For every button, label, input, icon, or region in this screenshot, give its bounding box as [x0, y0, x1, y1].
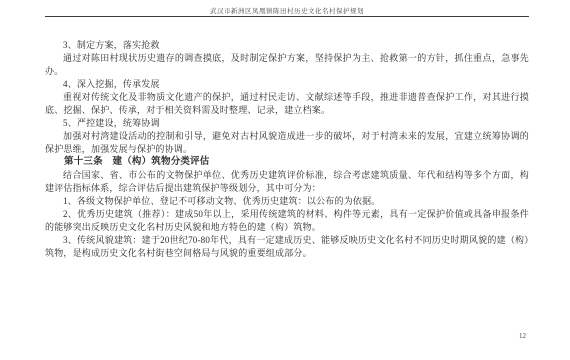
- paragraph-evaluation-system: 结合国家、省、市公布的文物保护单位、优秀历史建筑评价标准，综合考虑建筑质量、年代…: [45, 169, 529, 195]
- paragraph-construction-control: 加强对村湾建设活动的控制和引导，避免对古村风貌造成进一步的破坏，对于村湾未来的发…: [45, 130, 529, 156]
- numbered-subheading-4: 4、深入挖掘，传承发展: [45, 78, 529, 91]
- numbered-subheading-3: 3、制定方案，落实抢救: [45, 39, 529, 52]
- page-header: 武汉市新洲区凤凰镇陈田村历史文化名村保护规划: [45, 0, 529, 17]
- page-number: 12: [519, 332, 526, 340]
- document-body: 3、制定方案，落实抢救 通过对陈田村现状历史遗存的调查摸底，及时制定保护方案，坚…: [45, 18, 529, 260]
- list-item-protected-units: 1、各级文物保护单位、登记不可移动文物、优秀历史建筑：以公布的为依据。: [45, 195, 529, 208]
- list-item-traditional-style-buildings: 3、传统风貌建筑：建于20世纪70-80年代，具有一定建成历史、能够反映历史文化…: [45, 234, 529, 260]
- document-page: 武汉市新洲区凤凰镇陈田村历史文化名村保护规划 3、制定方案，落实抢救 通过对陈田…: [0, 0, 570, 360]
- list-item-excellent-historic-buildings: 2、优秀历史建筑（推荐）：建成50年以上，采用传统建筑的材料、构件等元素，具有一…: [45, 208, 529, 234]
- paragraph-intangible-heritage: 重视对传统文化及非物质文化遗产的保护，通过村民走访、文献综述等手段，推进非遗普查…: [45, 91, 529, 117]
- paragraph-plan-rescue: 通过对陈田村现状历史遗存的调查摸底，及时制定保护方案，坚持保护为主、抢救第一的方…: [45, 52, 529, 78]
- running-header-title: 武汉市新洲区凤凰镇陈田村历史文化名村保护规划: [210, 0, 364, 15]
- numbered-subheading-5: 5、严控建设，统筹协调: [45, 117, 529, 130]
- article-13-heading: 第十三条 建（构）筑物分类评估: [45, 156, 529, 169]
